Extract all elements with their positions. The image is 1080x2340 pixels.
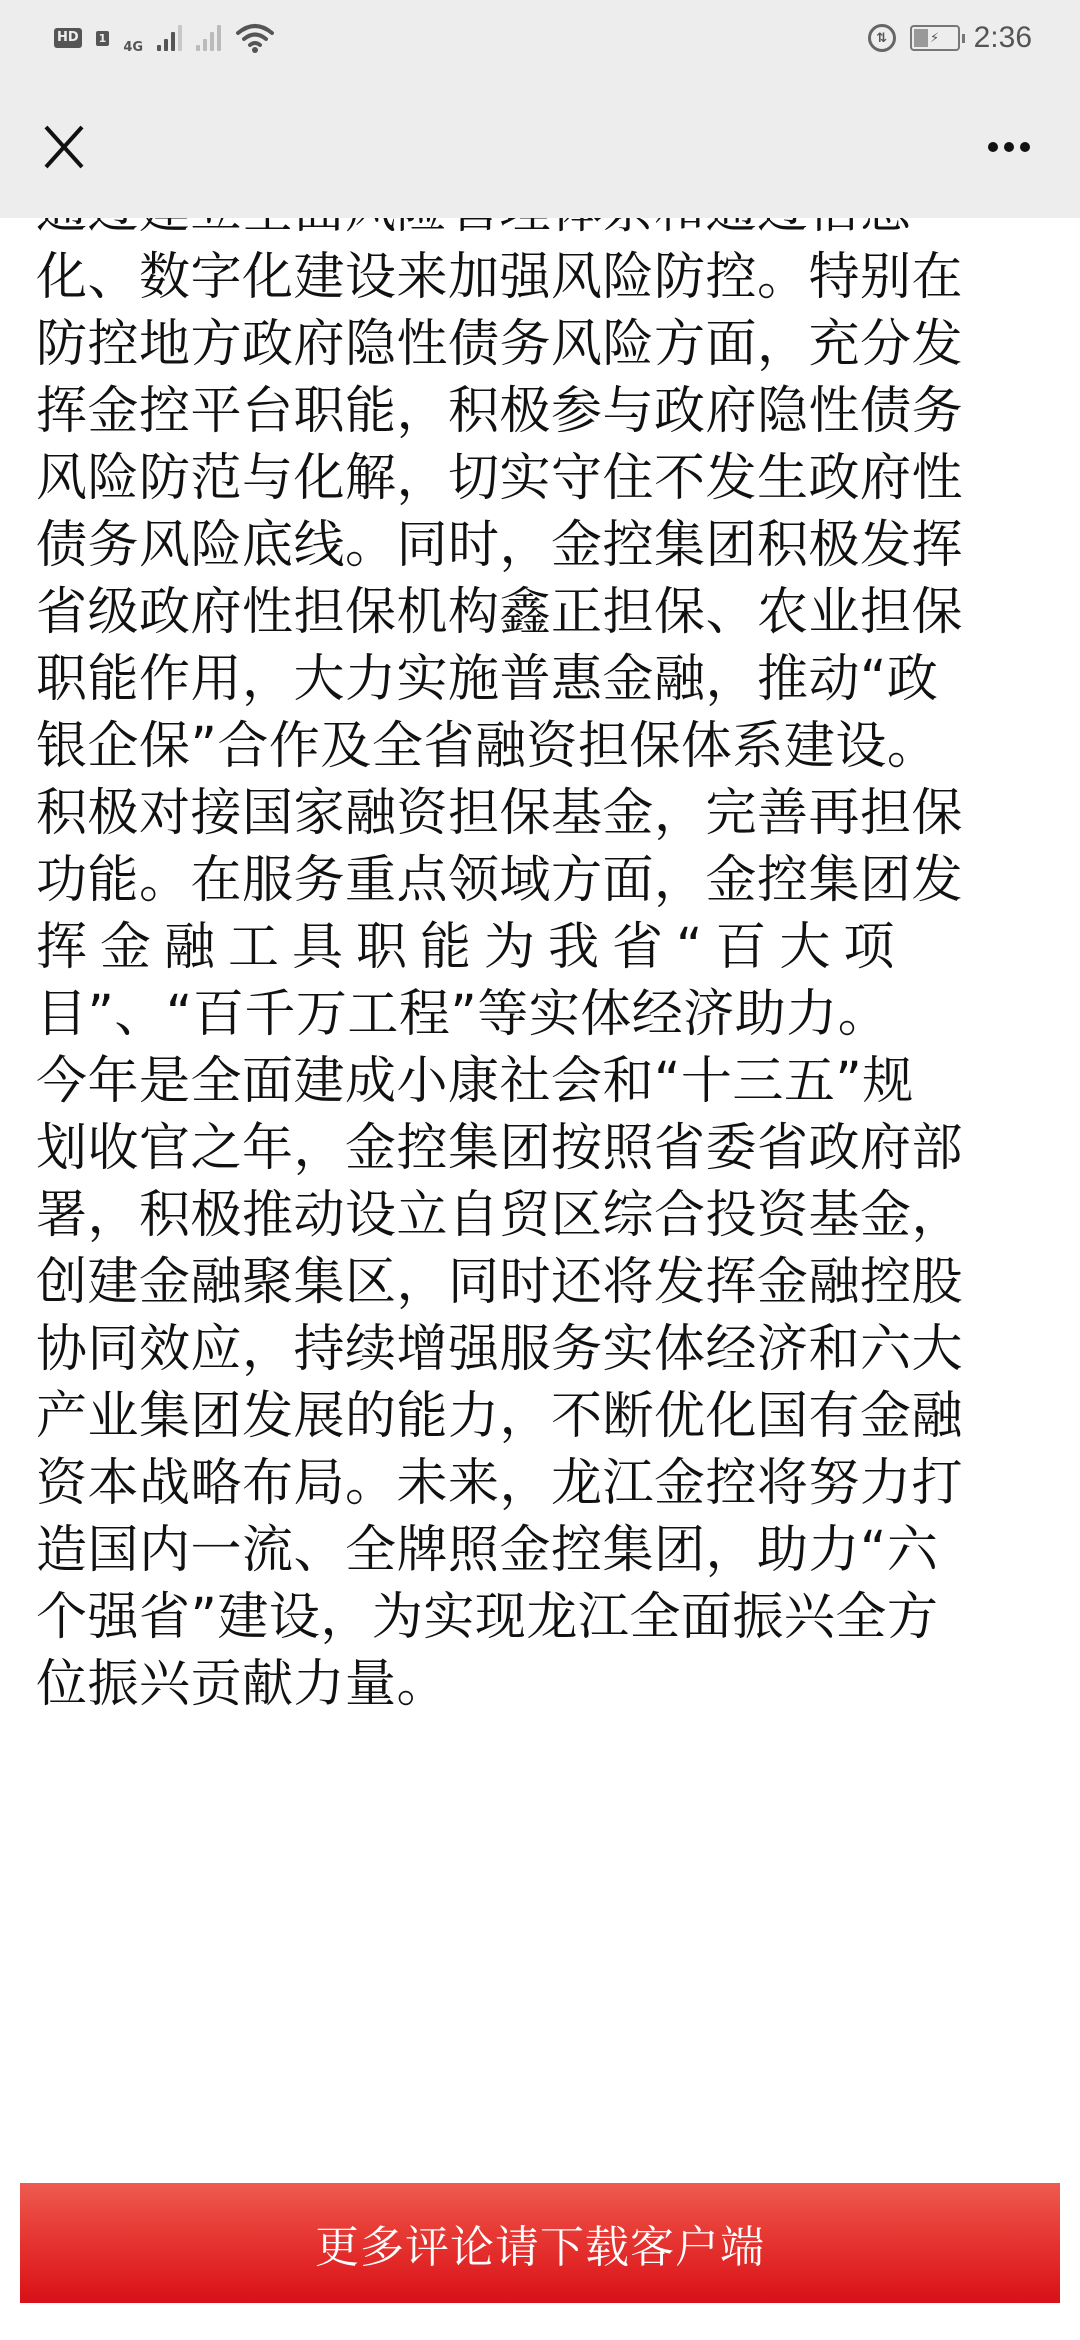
more-dots-icon [988, 142, 998, 152]
article-line: 积极对接国家融资担保基金，完善再担保 [36, 780, 1044, 847]
article-line: 债务风险底线。同时，金控集团积极发挥 [36, 512, 1044, 579]
article-line: 防控地方政府隐性债务风险方面，充分发 [36, 311, 1044, 378]
download-app-banner: 更多评论请下载客户端 [20, 2183, 1060, 2303]
data-saver-icon: ⇅ [868, 24, 896, 52]
clock: 2:36 [974, 21, 1032, 55]
article-line: 挥金融工具职能为我省“百大项 [36, 914, 1044, 981]
web-view-nav-bar [0, 76, 1080, 218]
article-line: 产业集团发展的能力，不断优化国有金融 [36, 1383, 1044, 1450]
network-type-label: 4G [123, 40, 143, 55]
close-icon [42, 125, 86, 169]
article-line: 署，积极推动设立自贸区综合投资基金， [36, 1182, 1044, 1249]
article-line: 挥金控平台职能，积极参与政府隐性债务 [36, 378, 1044, 445]
article-line: 风险防范与化解，切实守住不发生政府性 [36, 445, 1044, 512]
article-line: 职能作用，大力实施普惠金融，推动“政 [36, 646, 1044, 713]
article-line: 创建金融聚集区，同时还将发挥金融控股 [36, 1249, 1044, 1316]
battery-charging-icon: ⚡ [910, 25, 960, 51]
status-bar: HD 1 4G ⇅ ⚡ 2:36 [0, 0, 1080, 76]
article-line: 化、数字化建设来加强风险防控。特别在 [36, 244, 1044, 311]
more-dots-icon [1004, 142, 1014, 152]
download-client-button[interactable]: 更多评论请下载客户端 [20, 2183, 1060, 2303]
article-line: 功能。在服务重点领域方面，金控集团发 [36, 847, 1044, 914]
hd-voice-icon: HD [54, 28, 82, 48]
status-left: HD 1 4G [54, 22, 275, 55]
more-options-button[interactable] [974, 119, 1044, 175]
article-body: 通过建立全面风险管理体系和通过信息 化、数字化建设来加强风险防控。特别在 防控地… [0, 177, 1080, 1718]
article-line: 目”、“百千万工程”等实体经济助力。 [36, 981, 1044, 1048]
signal-4g-icon [157, 25, 182, 51]
article-line: 今年是全面建成小康社会和“十三五”规 [36, 1048, 1044, 1115]
article-line: 资本战略布局。未来，龙江金控将努力打 [36, 1450, 1044, 1517]
article-line: 划收官之年，金控集团按照省委省政府部 [36, 1115, 1044, 1182]
article-line: 协同效应，持续增强服务实体经济和六大 [36, 1316, 1044, 1383]
article-line: 个强省”建设，为实现龙江全面振兴全方 [36, 1584, 1044, 1651]
article-line: 省级政府性担保机构鑫正担保、农业担保 [36, 579, 1044, 646]
signal-no-sim-icon [196, 25, 221, 51]
article-line: 位振兴贡献力量。 [36, 1651, 1044, 1718]
article-line: 造国内一流、全牌照金控集团，助力“六 [36, 1517, 1044, 1584]
wifi-icon [235, 22, 275, 54]
article-line: 银企保”合作及全省融资担保体系建设。 [36, 713, 1044, 780]
sim-slot-icon: 1 [96, 31, 110, 46]
status-right: ⇅ ⚡ 2:36 [868, 21, 1032, 55]
close-button[interactable] [36, 119, 92, 175]
more-dots-icon [1020, 142, 1030, 152]
